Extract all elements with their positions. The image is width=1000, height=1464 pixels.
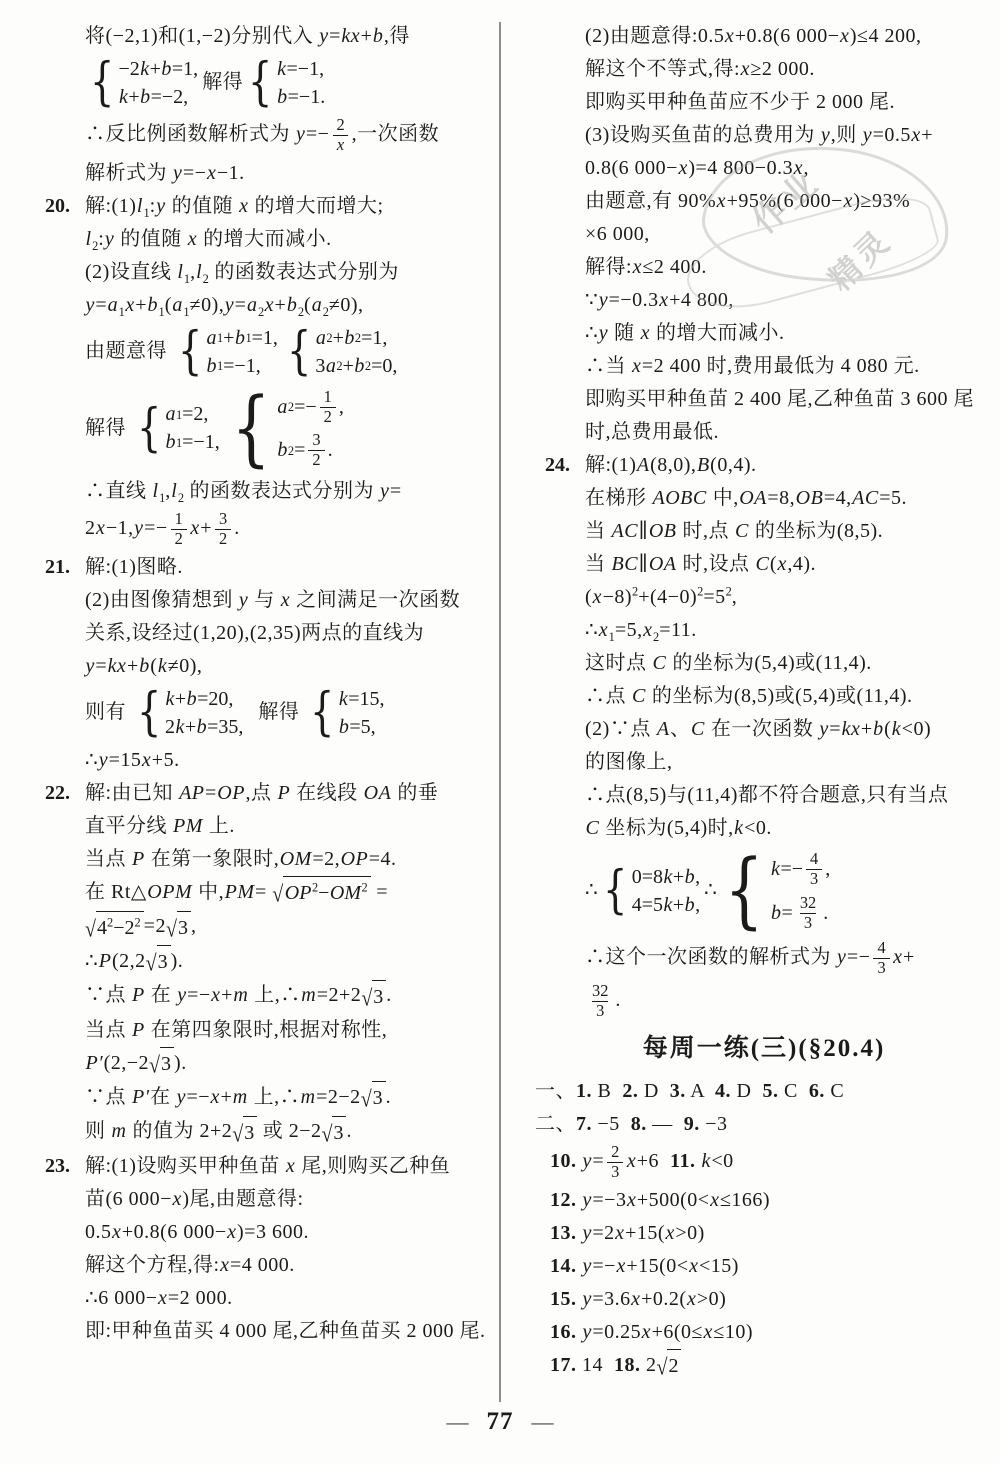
section-header: 每周一练(三)(§20.4) <box>535 1023 993 1075</box>
solution-line: ∴y 随 x 的增大而减小. <box>535 317 993 350</box>
solution-line: 13. y=2x+15(x>0) <box>535 1217 993 1250</box>
solution-line: 则 m 的值为 2+2√3 或 2−2√3. <box>45 1115 503 1149</box>
solution-line: y=kx+b(k≠0), <box>45 650 503 683</box>
solution-line: 15. y=3.6x+0.2(x>0) <box>535 1283 993 1316</box>
solution-line: 17. 14 18. 2√2 <box>535 1349 993 1383</box>
solution-line: 直平分线 PM 上. <box>45 810 503 843</box>
solution-line: 10. y=23x+6 11. k<0 <box>535 1141 993 1184</box>
page-number: 77 <box>487 1408 514 1435</box>
left-column: 将(−2,1)和(1,−2)分别代入 y=kx+b,得{−2k+b=1,k+b=… <box>45 20 503 1348</box>
solution-line: 在 Rt△OPM 中,PM= √OP2−OM2 = <box>45 876 503 910</box>
solution-line: {−2k+b=1,k+b=−2,解得{k=−1,b=−1. <box>45 53 503 114</box>
right-column: (2)由题意得:0.5x+0.8(6 000−x)≤4 200,解这个不等式,得… <box>535 20 993 1383</box>
solution-line: 由题意得 {a1+b1=1,b1=−1,{a2+b2=1,3a2+b2=0, <box>45 322 503 383</box>
solution-line: 当 AC∥OB 时,点 C 的坐标为(8,5). <box>535 515 993 548</box>
solution-line: ∴P(2,2√3). <box>45 945 503 979</box>
solution-line: (2)∵点 A、C 在一次函数 y=kx+b(k<0) <box>535 713 993 746</box>
page-footer: —77— <box>0 1408 1000 1436</box>
solution-line: 苗(6 000−x)尾,由题意得: <box>45 1183 503 1216</box>
solution-line: 的图像上, <box>535 746 993 779</box>
solution-line: 0.5x+0.8(6 000−x)=3 600. <box>45 1216 503 1249</box>
question-number: 21. <box>45 551 85 584</box>
solution-line: ∴反比例函数解析式为 y=−2x,一次函数 <box>45 114 503 157</box>
solution-line: 323. <box>535 980 993 1023</box>
solution-line: 2x−1,y=−12x+32. <box>45 508 503 551</box>
solution-line: (2)由题意得:0.5x+0.8(6 000−x)≤4 200, <box>535 20 993 53</box>
solution-line: (3)设购买鱼苗的总费用为 y,则 y=0.5x+ <box>535 119 993 152</box>
question-number: 22. <box>45 777 85 810</box>
solution-line: 一、1. B 2. D 3. A 4. D 5. C 6. C <box>535 1075 993 1108</box>
solution-line: C 坐标为(5,4)时,k<0. <box>535 812 993 845</box>
solution-line: ∴当 x=2 400 时,费用最低为 4 080 元. <box>535 350 993 383</box>
solution-line: 20.解:(1)l1:y 的值随 x 的增大而增大; <box>45 190 503 223</box>
solution-line: ∴y=15x+5. <box>45 744 503 777</box>
solution-line: 即:甲种鱼苗买 4 000 尾,乙种鱼苗买 2 000 尾. <box>45 1315 503 1348</box>
solution-line: (2)由图像猜想到 y 与 x 之间满足一次函数 <box>45 584 503 617</box>
solution-line: √42−22=2√3, <box>45 910 503 944</box>
question-number: 23. <box>45 1150 85 1183</box>
solution-line: ∵y=−0.3x+4 800, <box>535 284 993 317</box>
solution-line: 即购买甲种鱼苗 2 400 尾,乙种鱼苗 3 600 尾 <box>535 383 993 416</box>
solution-line: 这时点 C 的坐标为(5,4)或(11,4). <box>535 647 993 680</box>
solution-line: ∴直线 l1,l2 的函数表达式分别为 y= <box>45 475 503 508</box>
solution-line: ×6 000, <box>535 218 993 251</box>
footer-dash-right: — <box>532 1409 554 1434</box>
solution-line: ∴x1=5,x2=11. <box>535 614 993 647</box>
solution-line: 当点 P 在第一象限时,OM=2,OP=4. <box>45 843 503 876</box>
solution-line: 0.8(6 000−x)=4 800−0.3x, <box>535 152 993 185</box>
solution-line: ∴点(8,5)与(11,4)都不符合题意,只有当点 <box>535 779 993 812</box>
solution-line: 当 BC∥OA 时,设点 C(x,4). <box>535 548 993 581</box>
solution-line: 二、7. −5 8. — 9. −3 <box>535 1108 993 1141</box>
solution-line: 解这个方程,得:x=4 000. <box>45 1249 503 1282</box>
question-number: 24. <box>545 449 585 482</box>
solution-line: 则有 {k+b=20,2k+b=35, 解得 {k=15,b=5, <box>45 683 503 744</box>
solution-line: 解析式为 y=−x−1. <box>45 157 503 190</box>
solution-line: (x−8)2+(4−0)2=52, <box>535 581 993 614</box>
solution-line: 关系,设经过(1,20),(2,35)两点的直线为 <box>45 617 503 650</box>
solution-line: 16. y=0.25x+6(0≤x≤10) <box>535 1316 993 1349</box>
solution-line: 14. y=−x+15(0<x<15) <box>535 1250 993 1283</box>
solution-line: 22.解:由已知 AP=OP,点 P 在线段 OA 的垂 <box>45 777 503 810</box>
solution-line: 21.解:(1)图略. <box>45 551 503 584</box>
solution-line: 在梯形 AOBC 中,OA=8,OB=4,AC=5. <box>535 482 993 515</box>
solution-line: ∵点 P 在 y=−x+m 上,∴m=2+2√3. <box>45 979 503 1013</box>
solution-line: 时,总费用最低. <box>535 416 993 449</box>
solution-line: ∴这个一次函数的解析式为 y=−43x+ <box>535 937 993 980</box>
solution-line: l2:y 的值随 x 的增大而减小. <box>45 223 503 256</box>
solution-line: ∴{0=8k+b,4=5k+b,∴{k=−43,b=323. <box>535 845 993 937</box>
solution-line: 23.解:(1)设购买甲种鱼苗 x 尾,则购买乙种鱼 <box>45 1150 503 1183</box>
solution-line: 当点 P 在第四象限时,根据对称性, <box>45 1014 503 1047</box>
solution-line: y=a1x+b1(a1≠0),y=a2x+b2(a2≠0), <box>45 289 503 322</box>
solution-line: 即购买甲种鱼苗应不少于 2 000 尾. <box>535 86 993 119</box>
solution-line: P′(2,−2√3). <box>45 1047 503 1081</box>
solution-line: ∴6 000−x=2 000. <box>45 1282 503 1315</box>
question-number: 20. <box>45 190 85 223</box>
solution-line: 由题意,有 90%x+95%(6 000−x)≥93% <box>535 185 993 218</box>
footer-dash-left: — <box>447 1409 469 1434</box>
solution-line: ∵点 P′在 y=−x+m 上,∴m=2−2√3. <box>45 1081 503 1115</box>
scanned-answer-page: 将(−2,1)和(1,−2)分别代入 y=kx+b,得{−2k+b=1,k+b=… <box>0 0 1000 1464</box>
solution-line: 解得:x≤2 400. <box>535 251 993 284</box>
solution-line: 将(−2,1)和(1,−2)分别代入 y=kx+b,得 <box>45 20 503 53</box>
solution-line: (2)设直线 l1,l2 的函数表达式分别为 <box>45 256 503 289</box>
solution-line: 24.解:(1)A(8,0),B(0,4). <box>535 449 993 482</box>
solution-line: 解得 {a1=2,b1=−1,{a2=−12,b2=32. <box>45 383 503 475</box>
solution-line: 12. y=−3x+500(0<x≤166) <box>535 1184 993 1217</box>
solution-line: ∴点 C 的坐标为(8,5)或(5,4)或(11,4). <box>535 680 993 713</box>
solution-line: 解这个不等式,得:x≥2 000. <box>535 53 993 86</box>
